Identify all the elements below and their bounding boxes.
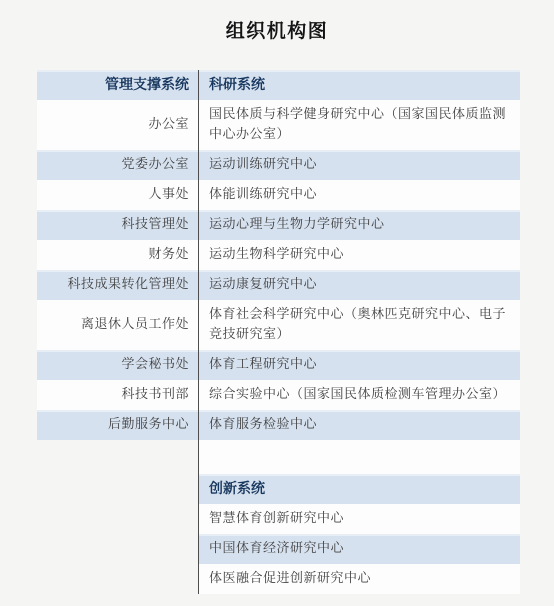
section2-value: 中国体育经济研究中心	[199, 534, 520, 564]
row-label-left: 办公室	[37, 100, 199, 150]
row-value-right: 体育服务检验中心	[199, 410, 520, 440]
section2-header-row: 创新系统	[37, 474, 520, 504]
spacer-right-cell	[199, 440, 520, 474]
section2-empty-left	[37, 474, 199, 504]
row-label-left: 后勤服务中心	[37, 410, 199, 440]
section2-value: 体医融合促进创新研究中心	[199, 564, 520, 594]
section2-empty-left	[37, 564, 199, 594]
table-row: 学会秘书处 体育工程研究中心	[37, 350, 520, 380]
table-row: 党委办公室 运动训练研究中心	[37, 150, 520, 180]
org-structure-table: 管理支撑系统 科研系统 办公室 国民体质与科学健身研究中心（国家国民体质监测中心…	[37, 70, 520, 594]
spacer-left-cell	[37, 440, 199, 474]
row-value-right: 体育工程研究中心	[199, 350, 520, 380]
table-row: 离退休人员工作处 体育社会科学研究中心（奥林匹克研究中心、电子竞技研究室）	[37, 300, 520, 350]
spacer-row	[37, 440, 520, 474]
section2-value: 智慧体育创新研究中心	[199, 504, 520, 534]
page-title: 组织机构图	[0, 0, 554, 43]
section2-empty-left	[37, 534, 199, 564]
column-header-management-support: 管理支撑系统	[37, 70, 199, 100]
row-value-right: 运动康复研究中心	[199, 270, 520, 300]
section2-row: 体医融合促进创新研究中心	[37, 564, 520, 594]
table-row: 科技书刊部 综合实验中心（国家国民体质检测车管理办公室）	[37, 380, 520, 410]
table-row: 人事处 体能训练研究中心	[37, 180, 520, 210]
row-value-right: 运动心理与生物力学研究中心	[199, 210, 520, 240]
table-row: 后勤服务中心 体育服务检验中心	[37, 410, 520, 440]
table-row: 财务处 运动生物科学研究中心	[37, 240, 520, 270]
row-label-left: 党委办公室	[37, 150, 199, 180]
row-label-left: 科技书刊部	[37, 380, 199, 410]
row-label-left: 学会秘书处	[37, 350, 199, 380]
table-header-row: 管理支撑系统 科研系统	[37, 70, 520, 100]
row-label-left: 离退休人员工作处	[37, 300, 199, 350]
section2-row: 中国体育经济研究中心	[37, 534, 520, 564]
section2-header-innovation-system: 创新系统	[199, 474, 520, 504]
row-value-right: 体能训练研究中心	[199, 180, 520, 210]
section2-row: 智慧体育创新研究中心	[37, 504, 520, 534]
table-row: 科技成果转化管理处 运动康复研究中心	[37, 270, 520, 300]
row-value-right: 运动生物科学研究中心	[199, 240, 520, 270]
row-label-left: 科技成果转化管理处	[37, 270, 199, 300]
row-value-right: 综合实验中心（国家国民体质检测车管理办公室）	[199, 380, 520, 410]
table-row: 科技管理处 运动心理与生物力学研究中心	[37, 210, 520, 240]
row-label-left: 财务处	[37, 240, 199, 270]
row-value-right: 运动训练研究中心	[199, 150, 520, 180]
section2-empty-left	[37, 504, 199, 534]
row-value-right: 国民体质与科学健身研究中心（国家国民体质监测中心办公室）	[199, 100, 520, 150]
row-label-left: 科技管理处	[37, 210, 199, 240]
column-header-research-system: 科研系统	[199, 70, 520, 100]
table-row: 办公室 国民体质与科学健身研究中心（国家国民体质监测中心办公室）	[37, 100, 520, 150]
row-value-right: 体育社会科学研究中心（奥林匹克研究中心、电子竞技研究室）	[199, 300, 520, 350]
row-label-left: 人事处	[37, 180, 199, 210]
